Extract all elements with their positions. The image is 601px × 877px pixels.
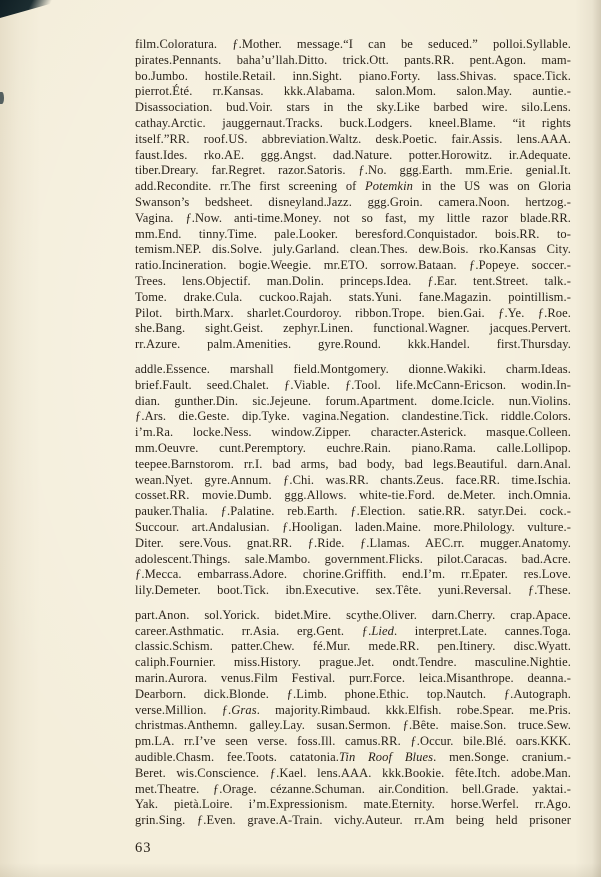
text-line: teepee.Barnstorom. rr.I. bad arms, bad b… [135,457,571,473]
text-line: grin.Sing. ƒ.Even. grave.A-Train. vichy.… [135,813,571,829]
text-line: classic.Schism. patter.Chew. fé.Mur. med… [135,639,571,655]
book-page: film.Coloratura. ƒ.Mother. message.“I ca… [0,0,601,877]
text-line: marin.Aurora. venus.Film Festival. purr.… [135,671,571,687]
scan-edge-speck [0,92,4,104]
text-line: lily.Demeter. boot.Tick. ibn.Executive. … [135,583,571,599]
text-line: pauker.Thalia. ƒ.Palatine. reb.Earth. ƒ.… [135,504,571,520]
text-line: Yak. pietà.Loire. i’m.Expressionism. mat… [135,797,571,813]
text-line: add.Recondite. rr.The first screening of… [135,179,571,195]
text-line: faust.Ides. rko.AE. ggg.Angst. dad.Natur… [135,148,571,164]
text-line: audible.Chasm. fee.Toots. catatonia.Tin … [135,750,571,766]
text-line: brief.Fault. seed.Chalet. ƒ.Viable. ƒ.To… [135,378,571,394]
text-line: addle.Essence. marshall field.Montgomery… [135,362,571,378]
text-line: verse.Million. ƒ.Gras. majority.Rimbaud.… [135,703,571,719]
scan-corner-shadow [0,0,64,18]
text-line: pirates.Pennants. baha’u’llah.Ditto. tri… [135,53,571,69]
text-line: mm.Oeuvre. cunt.Peremptory. euchre.Rain.… [135,441,571,457]
text-line: i’m.Ra. locke.Ness. window.Zipper. chara… [135,425,571,441]
text-line: adolescent.Things. sale.Mambo. governmen… [135,552,571,568]
text-line: Succour. art.Andalusian. ƒ.Hooligan. lad… [135,520,571,536]
text-line: temism.NEP. dis.Solve. july.Garland. cle… [135,242,571,258]
text-line: cosset.RR. movie.Dumb. ggg.Allows. white… [135,488,571,504]
text-line: pm.LA. rr.I’ve seen verse. foss.Ill. cam… [135,734,571,750]
text-line: dian. gunther.Din. sic.Jejeune. forum.Ap… [135,394,571,410]
text-line: mm.End. tinny.Time. pale.Looker. beresfo… [135,227,571,243]
text-line: ƒ.Mecca. embarrass.Adore. chorine.Griffi… [135,567,571,583]
text-line: pierrot.Été. rr.Kansas. kkk.Alabama. sal… [135,84,571,100]
text-line: part.Anon. sol.Yorick. bidet.Mire. scyth… [135,608,571,624]
text-line: she.Bang. sight.Geist. zephyr.Linen. fun… [135,321,571,337]
page-number: 63 [135,840,152,857]
paragraph-1: film.Coloratura. ƒ.Mother. message.“I ca… [135,37,571,353]
text-line: tiber.Dreary. far.Regret. razor.Satoris.… [135,163,571,179]
text-line: Swanson’s bedsheet. disneyland.Jazz. ggg… [135,195,571,211]
text-line: Vagina. ƒ.Now. anti-time.Money. not so f… [135,211,571,227]
text-block: film.Coloratura. ƒ.Mother. message.“I ca… [135,37,571,838]
text-line: Tome. drake.Cula. cuckoo.Rajah. stats.Yu… [135,290,571,306]
text-line: itself.”RR. roof.US. abbreviation.Waltz.… [135,132,571,148]
text-line: Disassociation. bud.Voir. stars in the s… [135,100,571,116]
text-line: wean.Nyet. gyre.Annum. ƒ.Chi. was.RR. ch… [135,473,571,489]
text-line: film.Coloratura. ƒ.Mother. message.“I ca… [135,37,571,53]
text-line: caliph.Fournier. miss.History. prague.Je… [135,655,571,671]
paragraph-3: part.Anon. sol.Yorick. bidet.Mire. scyth… [135,608,571,829]
text-line: christmas.Anthemn. galley.Lay. susan.Ser… [135,718,571,734]
text-line: Dearborn. dick.Blonde. ƒ.Limb. phone.Eth… [135,687,571,703]
text-line: Trees. lens.Objectif. man.Dolin. princep… [135,274,571,290]
text-line: cathay.Arctic. jauggernaut.Tracks. buck.… [135,116,571,132]
paragraph-2: addle.Essence. marshall field.Montgomery… [135,362,571,599]
text-line: ƒ.Ars. die.Geste. dip.Tyke. vagina.Negat… [135,409,571,425]
text-line: bo.Jumbo. hostile.Retail. inn.Sight. pia… [135,69,571,85]
text-line: ratio.Incineration. bogie.Weegie. mr.ETO… [135,258,571,274]
text-line: met.Theatre. ƒ.Orage. cézanne.Schuman. a… [135,782,571,798]
text-line: Pilot. birth.Marx. sharlet.Courdoroy. ri… [135,306,571,322]
text-line: rr.Azure. palm.Amenities. gyre.Round. kk… [135,337,571,353]
text-line: career.Asthmatic. rr.Asia. erg.Gent. ƒ.L… [135,624,571,640]
text-line: Diter. sere.Vous. gnat.RR. ƒ.Ride. ƒ.Lla… [135,536,571,552]
text-line: Beret. wis.Conscience. ƒ.Kael. lens.AAA.… [135,766,571,782]
